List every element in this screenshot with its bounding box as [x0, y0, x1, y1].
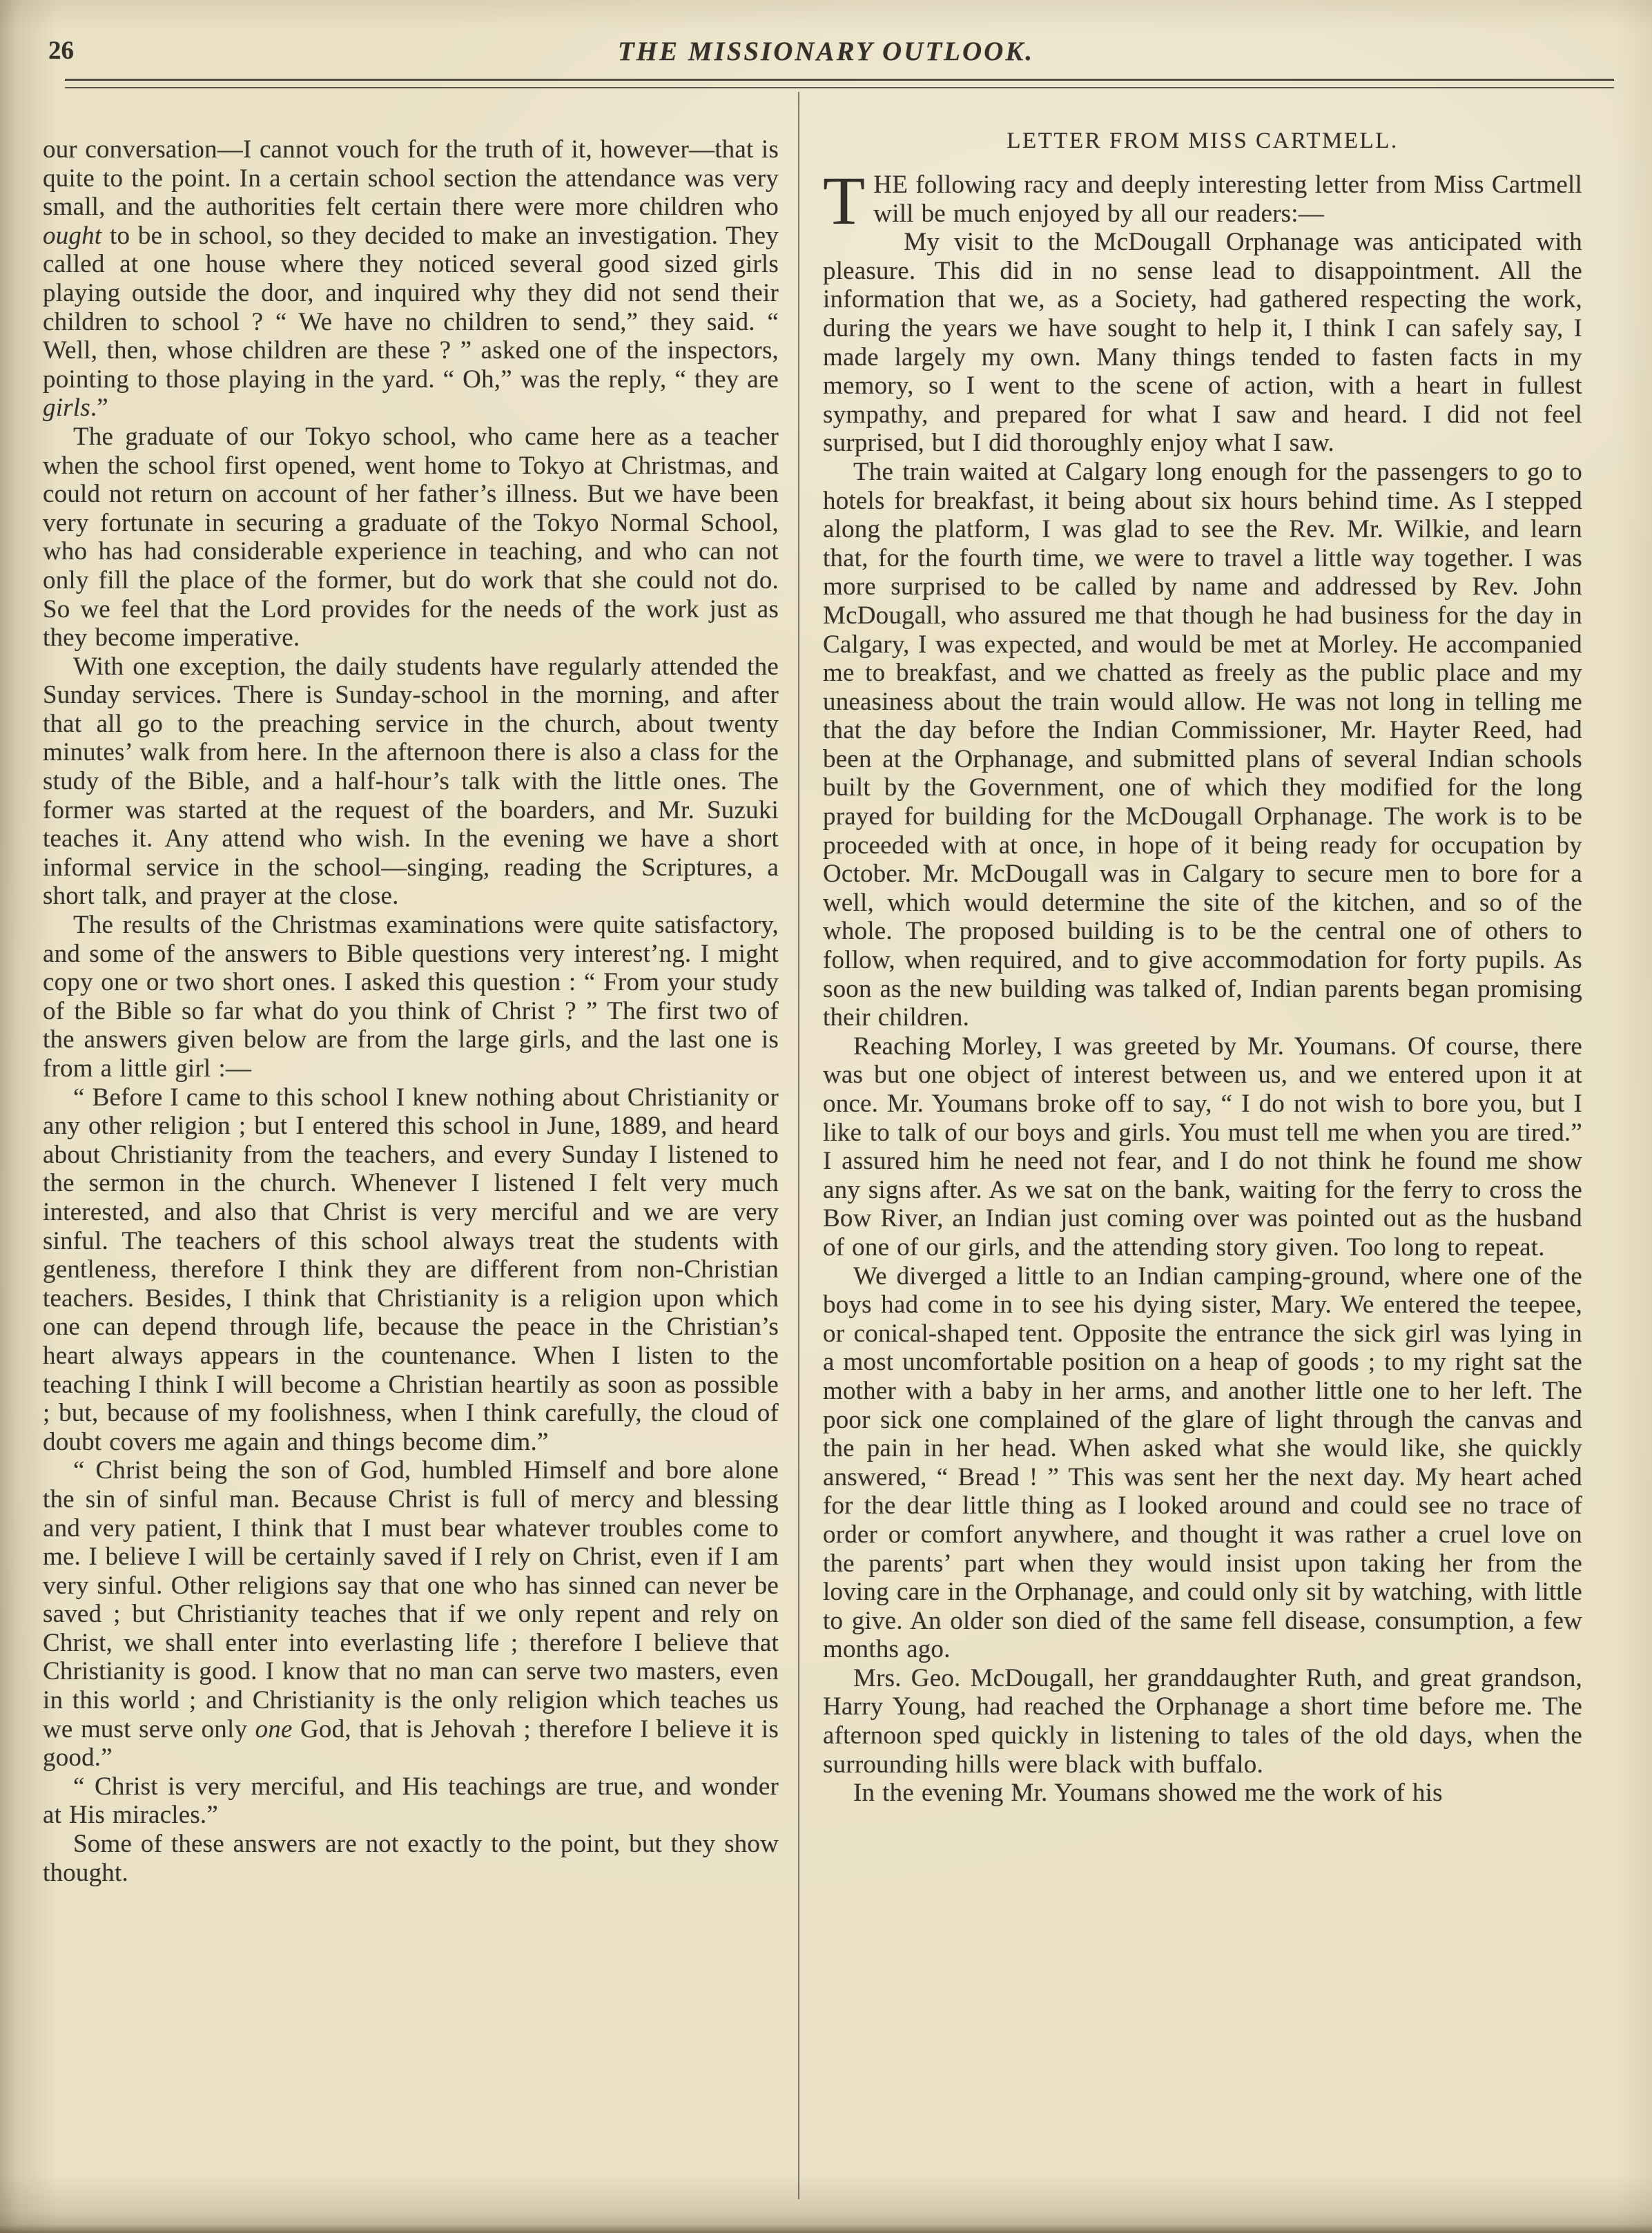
article-intro-paragraph: THE following racy and deeply interestin…: [823, 171, 1582, 228]
paragraph: Some of these answers are not exactly to…: [43, 1830, 779, 1887]
paragraph: Mrs. Geo. McDougall, her granddaughter R…: [823, 1664, 1582, 1779]
paragraph: In the evening Mr. Youmans showed me the…: [823, 1779, 1582, 1808]
intro-text: HE following racy and deeply interesting…: [873, 171, 1582, 228]
page-bottom-edge: [0, 2225, 1652, 2233]
paragraph: Reaching Morley, I was greeted by Mr. Yo…: [823, 1032, 1582, 1262]
scanned-periodical-page: 26 THE MISSIONARY OUTLOOK. our conversat…: [0, 0, 1652, 2233]
paragraph: With one exception, the daily students h…: [43, 652, 779, 911]
column-divider-rule: [798, 92, 799, 2199]
header-double-rule: [65, 79, 1614, 88]
paragraph: The graduate of our Tokyo school, who ca…: [43, 423, 779, 652]
left-column: our conversation—I cannot vouch for the …: [43, 135, 779, 1887]
paragraph: The train waited at Calgary long enough …: [823, 458, 1582, 1032]
paragraph: My visit to the McDougall Orphanage was …: [823, 228, 1582, 458]
paragraph: “ Christ is very merciful, and His teach…: [43, 1772, 779, 1830]
paragraph: “ Christ being the son of God, humbled H…: [43, 1456, 779, 1772]
drop-cap-letter: T: [823, 171, 873, 229]
paragraph: The results of the Christmas examination…: [43, 911, 779, 1083]
paragraph: our conversation—I cannot vouch for the …: [43, 135, 779, 423]
paragraph: “ Before I came to this school I knew no…: [43, 1083, 779, 1457]
article-title: LETTER FROM MISS CARTMELL.: [823, 128, 1582, 154]
masthead-title: THE MISSIONARY OUTLOOK.: [0, 36, 1652, 67]
right-column: LETTER FROM MISS CARTMELL. THE following…: [823, 128, 1582, 1808]
paragraph: We diverged a little to an Indian campin…: [823, 1262, 1582, 1664]
